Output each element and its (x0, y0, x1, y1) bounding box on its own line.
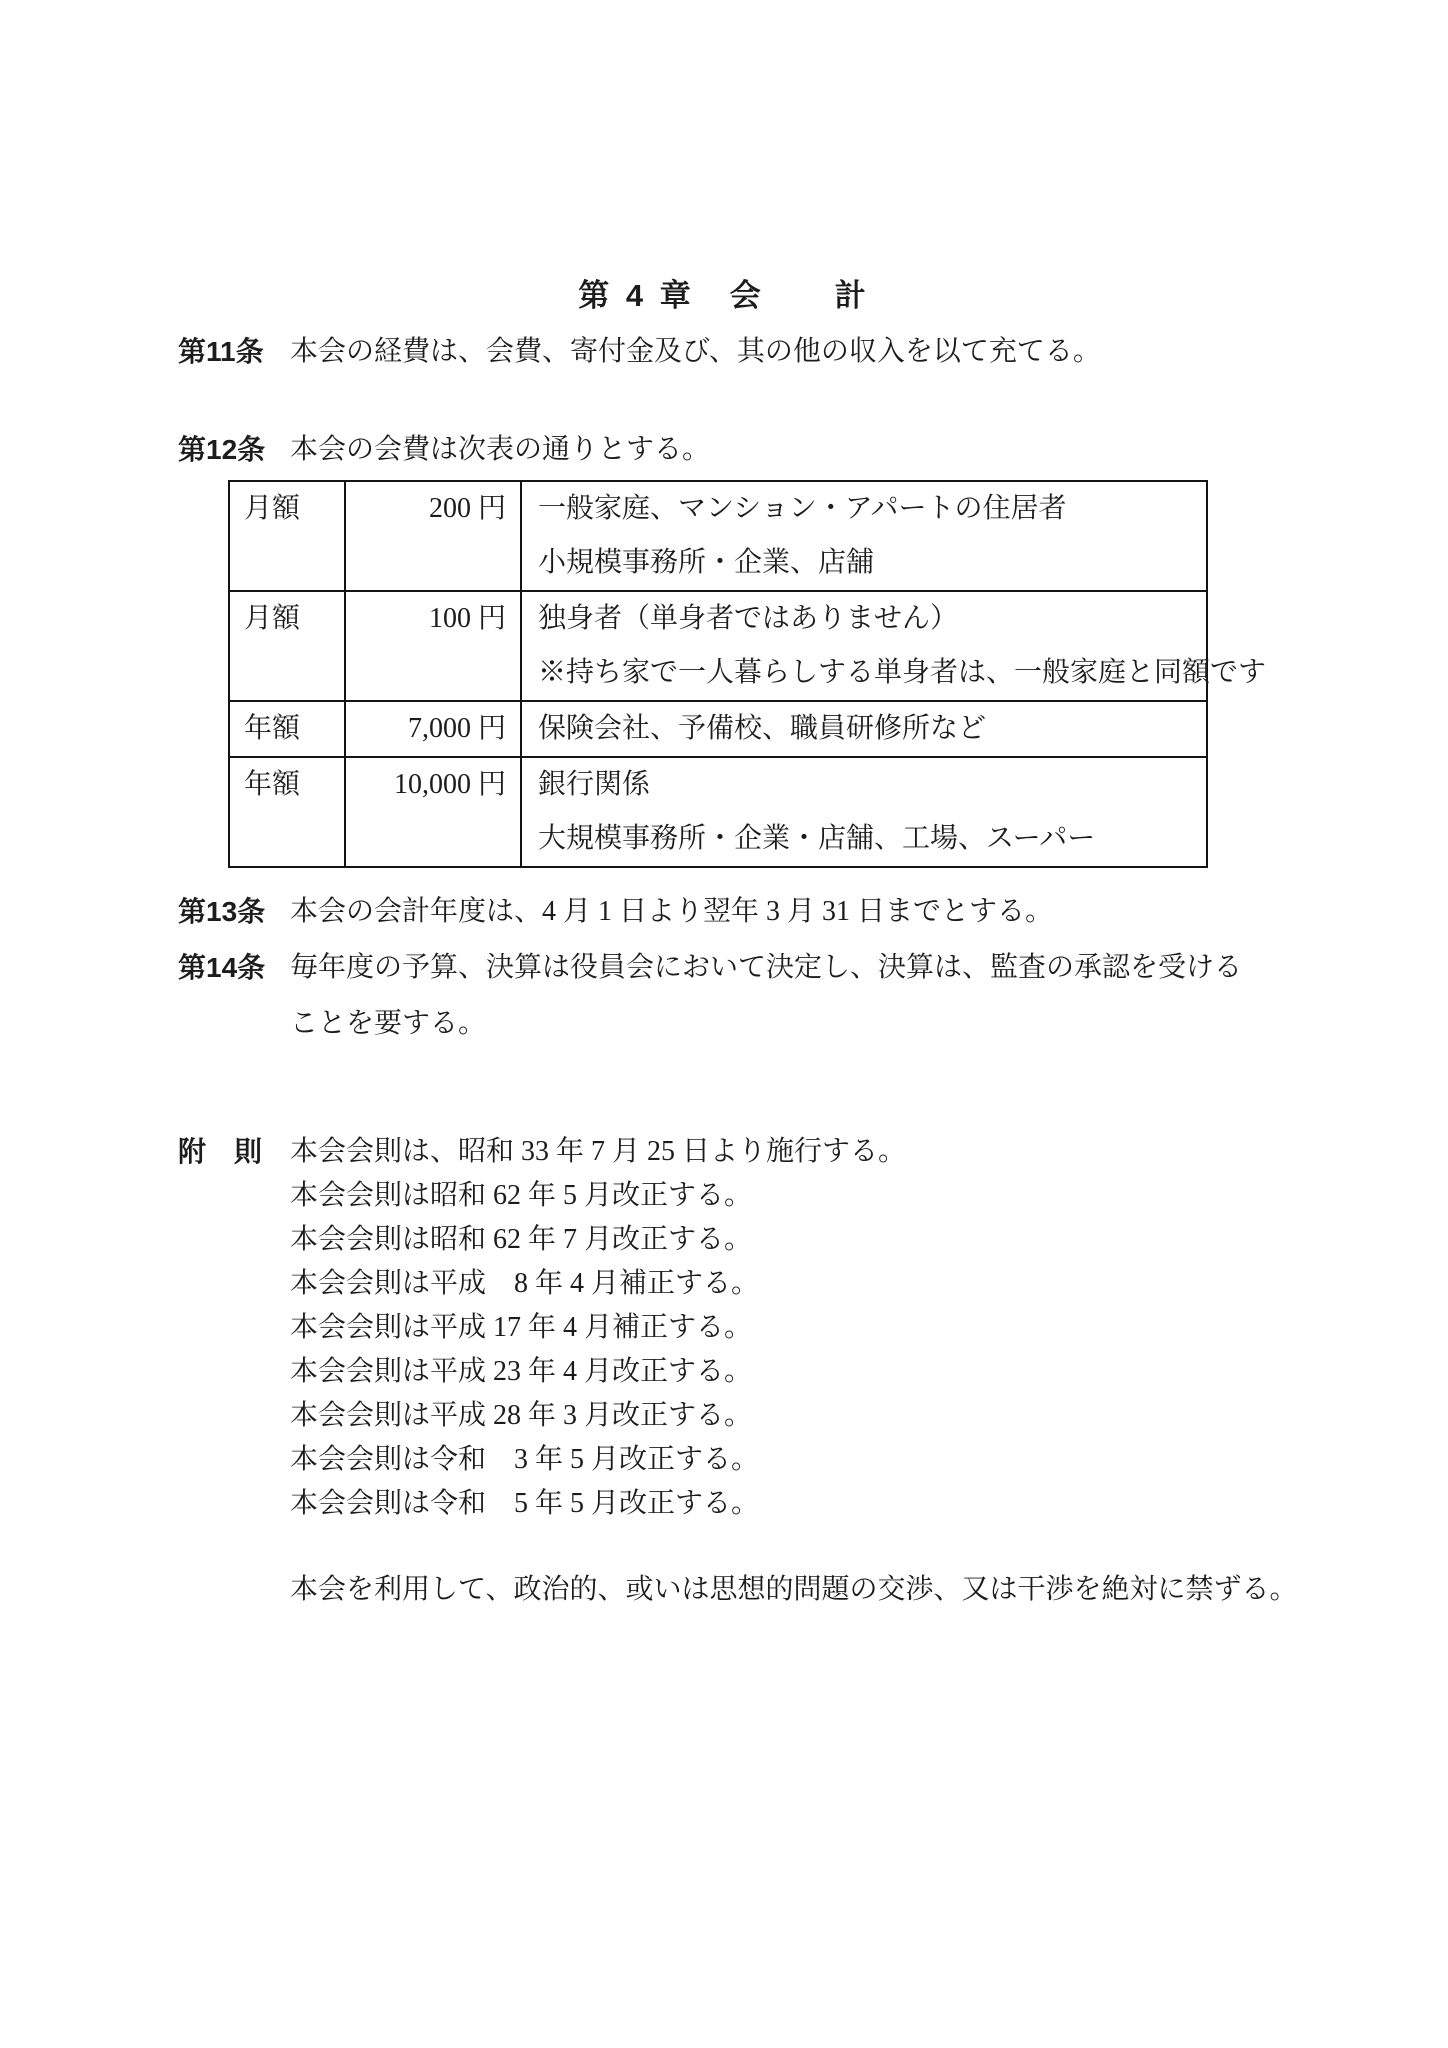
appendix-line: 本会会則は、昭和 33 年 7 月 25 日より施行する。 (290, 1130, 1408, 1174)
article-14: 第14条 毎年度の予算、決算は役員会において決定し、決算は、監査の承認を受ける (178, 940, 1408, 996)
article-14-text-continued: ことを要する。 (290, 996, 1408, 1052)
appendix-amendment-list: 本会会則は昭和 62 年 5 月改正する。 本会会則は昭和 62 年 7 月改正… (290, 1174, 1408, 1526)
article-11-text: 本会の経費は、会費、寄付金及び、其の他の収入を以て充てる。 (290, 324, 1408, 380)
fee-table-row-3: 年額 7,000 円 保険会社、予備校、職員研修所など (229, 701, 1207, 757)
fee-period: 月額 (229, 481, 345, 591)
appendix-line: 本会会則は令和 3 年 5 月改正する。 (290, 1438, 1408, 1482)
document-page: 第 4 章 会 計 第11条 本会の経費は、会費、寄付金及び、其の他の収入を以て… (0, 0, 1448, 2048)
fee-amount: 10,000 円 (345, 757, 521, 867)
article-11-label: 第11条 (178, 324, 290, 380)
fee-table-row-4: 年額 10,000 円 銀行関係 大規模事務所・企業・店舗、工場、スーパー (229, 757, 1207, 867)
appendix-section: 附 則 本会会則は、昭和 33 年 7 月 25 日より施行する。 本会会則は昭… (178, 1130, 1408, 1526)
fee-table-row-1: 月額 200 円 一般家庭、マンション・アパートの住居者 小規模事務所・企業、店… (229, 481, 1207, 591)
fee-table-row-2: 月額 100 円 独身者（単身者ではありません） ※持ち家で一人暮らしする単身者… (229, 591, 1207, 701)
appendix-line: 本会会則は平成 28 年 3 月改正する。 (290, 1394, 1408, 1438)
fee-table: 月額 200 円 一般家庭、マンション・アパートの住居者 小規模事務所・企業、店… (228, 480, 1208, 868)
appendix-first-line: 附 則 本会会則は、昭和 33 年 7 月 25 日より施行する。 (178, 1130, 1408, 1174)
article-13: 第13条 本会の会計年度は、4 月 1 日より翌年 3 月 31 日までとする。 (178, 884, 1408, 940)
fee-amount: 7,000 円 (345, 701, 521, 757)
appendix-line: 本会会則は昭和 62 年 7 月改正する。 (290, 1218, 1408, 1262)
fee-description: 保険会社、予備校、職員研修所など (521, 701, 1207, 757)
closing-prohibition-note: 本会を利用して、政治的、或いは思想的問題の交渉、又は干渉を絶対に禁ずる。 (290, 1568, 1408, 1612)
fee-period: 月額 (229, 591, 345, 701)
article-12: 第12条 本会の会費は次表の通りとする。 (178, 422, 1408, 478)
appendix-line: 本会会則は平成 8 年 4 月補正する。 (290, 1262, 1408, 1306)
fee-amount: 200 円 (345, 481, 521, 591)
article-12-text: 本会の会費は次表の通りとする。 (290, 422, 1408, 478)
appendix-label: 附 則 (178, 1130, 290, 1174)
appendix-line: 本会会則は昭和 62 年 5 月改正する。 (290, 1174, 1408, 1218)
fee-amount: 100 円 (345, 591, 521, 701)
article-12-label: 第12条 (178, 422, 290, 478)
fee-period: 年額 (229, 757, 345, 867)
appendix-line: 本会会則は平成 23 年 4 月改正する。 (290, 1350, 1408, 1394)
article-11: 第11条 本会の経費は、会費、寄付金及び、其の他の収入を以て充てる。 (178, 324, 1408, 380)
appendix-line: 本会会則は令和 5 年 5 月改正する。 (290, 1482, 1408, 1526)
chapter-title: 第 4 章 会 計 (40, 276, 1408, 316)
fee-description: 一般家庭、マンション・アパートの住居者 小規模事務所・企業、店舗 (521, 481, 1207, 591)
article-13-text: 本会の会計年度は、4 月 1 日より翌年 3 月 31 日までとする。 (290, 884, 1408, 940)
article-14-label: 第14条 (178, 940, 290, 996)
fee-description: 銀行関係 大規模事務所・企業・店舗、工場、スーパー (521, 757, 1207, 867)
appendix-line: 本会会則は平成 17 年 4 月補正する。 (290, 1306, 1408, 1350)
article-13-label: 第13条 (178, 884, 290, 940)
fee-description: 独身者（単身者ではありません） ※持ち家で一人暮らしする単身者は、一般家庭と同額… (521, 591, 1207, 701)
article-14-text: 毎年度の予算、決算は役員会において決定し、決算は、監査の承認を受ける (290, 940, 1408, 996)
fee-period: 年額 (229, 701, 345, 757)
